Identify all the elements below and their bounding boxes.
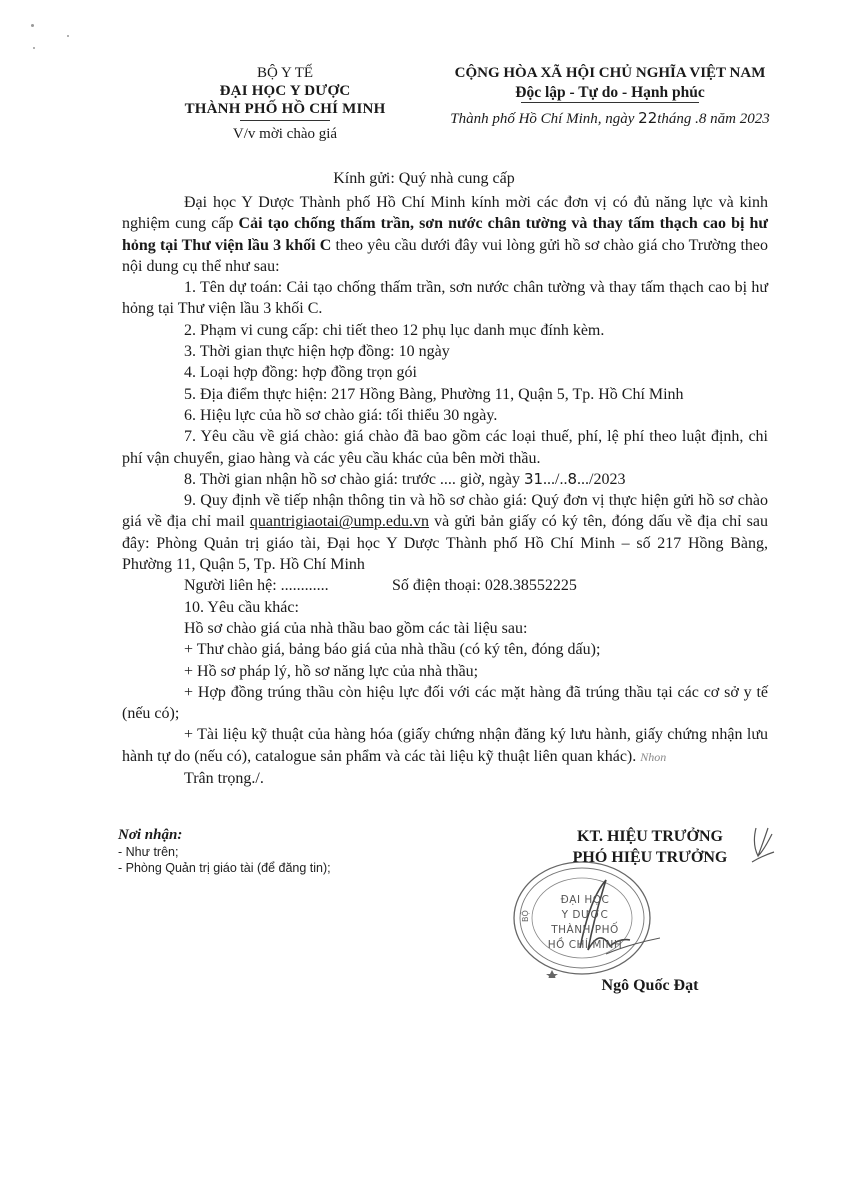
email-link[interactable]: quantrigiaotai@ump.edu.vn [250, 513, 429, 530]
date-mid: tháng [657, 111, 695, 127]
item-8-text: .../.. [543, 471, 567, 488]
stamp-line: THÀNH PHỐ [540, 923, 630, 938]
signature-block: KT. HIỆU TRƯỞNG PHÓ HIỆU TRƯỞNG [520, 826, 780, 868]
date-month-handwritten: .8 [695, 111, 706, 127]
required-doc: + Thư chào giá, bảng báo giá của nhà thầ… [122, 639, 768, 660]
stamp-text: ĐẠI HỌC Y DƯỢC THÀNH PHỐ HỒ CHÍ MINH [540, 893, 630, 953]
university-city: THÀNH PHỐ HỒ CHÍ MINH [145, 100, 425, 118]
scan-speck [31, 24, 34, 27]
letter-body: Đại học Y Dược Thành phố Hồ Chí Minh kín… [122, 192, 768, 789]
item-3: 3. Thời gian thực hiện hợp đồng: 10 ngày [122, 341, 768, 362]
required-doc: + Tài liệu kỹ thuật của hàng hóa (giấy c… [122, 724, 768, 768]
scan-speck [67, 35, 69, 37]
required-doc: + Hồ sơ pháp lý, hồ sơ năng lực của nhà … [122, 661, 768, 682]
national-motto: Độc lập - Tự do - Hạnh phúc [420, 83, 800, 102]
signer-on-behalf: KT. HIỆU TRƯỞNG [520, 826, 780, 847]
intro-paragraph: Đại học Y Dược Thành phố Hồ Chí Minh kín… [122, 192, 768, 277]
item-10-title: 10. Yêu cầu khác: [122, 597, 768, 618]
scan-speck [33, 47, 35, 49]
divider [240, 120, 330, 121]
item-10-intro: Hồ sơ chào giá của nhà thầu bao gồm các … [122, 618, 768, 639]
required-doc: + Hợp đồng trúng thầu còn hiệu lực đối v… [122, 682, 768, 725]
recipient-item: - Phòng Quản trị giáo tài (để đăng tin); [118, 860, 331, 876]
stamp-line: ĐẠI HỌC [540, 893, 630, 908]
document-subject: V/v mời chào giá [145, 125, 425, 143]
deadline-month-handwritten: 8 [567, 470, 577, 488]
signer-title: PHÓ HIỆU TRƯỞNG [520, 847, 780, 868]
item-7: 7. Yêu cầu về giá chào: giá chào đã bao … [122, 426, 768, 469]
required-doc-text: + Tài liệu kỹ thuật của hàng hóa (giấy c… [122, 726, 768, 764]
contact-person: Người liên hệ: ............ [122, 575, 392, 596]
item-5: 5. Địa điểm thực hiện: 217 Hồng Bàng, Ph… [122, 384, 768, 405]
recipient-item: - Như trên; [118, 844, 331, 860]
item-1: 1. Tên dự toán: Cải tạo chống thấm trần,… [122, 277, 768, 320]
date-day-handwritten: 22 [638, 109, 657, 127]
svg-text:BỘ: BỘ [519, 910, 530, 922]
ministry-name: BỘ Y TẾ [145, 64, 425, 82]
nation-name: CỘNG HÒA XÃ HỘI CHỦ NGHĨA VIỆT NAM [420, 64, 800, 83]
initials-scribble: Nhon [640, 750, 666, 764]
salutation: Kính gửi: Quý nhà cung cấp [0, 170, 848, 188]
item-6: 6. Hiệu lực của hồ sơ chào giá: tối thiể… [122, 405, 768, 426]
national-header: CỘNG HÒA XÃ HỘI CHỦ NGHĨA VIỆT NAM Độc l… [420, 64, 800, 129]
place-date: Thành phố Hồ Chí Minh, ngày 22tháng .8 n… [420, 109, 800, 129]
date-prefix: Thành phố Hồ Chí Minh, ngày [450, 111, 638, 127]
item-8-text: .../2023 [577, 471, 625, 488]
closing: Trân trọng./. [122, 768, 768, 789]
issuer-block: BỘ Y TẾ ĐẠI HỌC Y DƯỢC THÀNH PHỐ HỒ CHÍ … [145, 64, 425, 143]
deadline-day-handwritten: 31 [524, 470, 543, 488]
date-suffix: năm 2023 [706, 111, 769, 127]
divider [521, 102, 699, 103]
contact-row: Người liên hệ: ............ Số điện thoạ… [122, 575, 768, 596]
contact-phone: Số điện thoại: 028.38552225 [392, 575, 577, 596]
recipients-block: Nơi nhận: - Như trên; - Phòng Quản trị g… [118, 826, 331, 876]
item-9: 9. Quy định về tiếp nhận thông tin và hồ… [122, 490, 768, 575]
signer-name: Ngô Quốc Đạt [560, 977, 740, 995]
stamp-line: HỒ CHÍ MINH [540, 938, 630, 953]
university-name: ĐẠI HỌC Y DƯỢC [145, 82, 425, 100]
item-8-text: 8. Thời gian nhận hồ sơ chào giá: trước … [184, 471, 524, 488]
item-2: 2. Phạm vi cung cấp: chi tiết theo 12 ph… [122, 320, 768, 341]
item-4: 4. Loại hợp đồng: hợp đồng trọn gói [122, 362, 768, 383]
stamp-line: Y DƯỢC [540, 908, 630, 923]
item-8: 8. Thời gian nhận hồ sơ chào giá: trước … [122, 469, 768, 490]
recipients-title: Nơi nhận: [118, 826, 331, 844]
handwritten-initial-icon [748, 826, 778, 866]
